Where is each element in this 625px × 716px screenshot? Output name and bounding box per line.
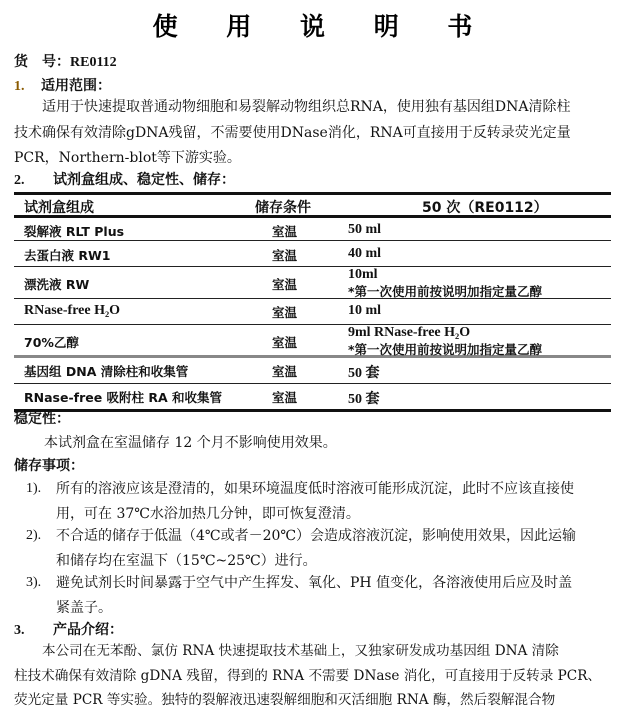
list-line: 避免试剂长时间暴露于空气中产生挥发、氧化、PH 值变化，各溶液使用后应及时盖 [56,571,616,596]
section-2-number: 2. [14,173,25,188]
list-marker: 2). [26,524,41,549]
catalog-label: 货 号： [14,54,70,70]
paragraph-line: 技术确保有效清除gDNA残留，不需要使用DNase消化，RNA可直接用于反转录荧… [14,121,614,147]
document-page: 使 用 说 明 书 货 号：RE0112 1. 适用范围： 适用于快速提取普通动… [0,0,625,716]
component-cell: 基因组 DNA 清除柱和收集管 [24,362,188,380]
paragraph-line: 柱技术确保有效清除 gDNA 残留，得到的 RNA 不需要 DNase 消化，可… [14,664,614,689]
storage-cell: 室温 [272,333,297,351]
list-line: 和储存均在室温下（15℃~25℃）进行。 [56,549,616,574]
amount-cell: 50 套 [348,388,380,408]
amount-cell: 10ml [348,267,378,283]
section-3-paragraph: 本公司在无苯酚、氯仿 RNA 快速提取技术基础上，又独家研发成功基因组 DNA … [14,639,614,713]
component-cell: RNase-free 吸附柱 RA 和收集管 [24,388,222,406]
section-1-paragraph: 适用于快速提取普通动物细胞和易裂解动物组织总RNA，使用独有基因组DNA清除柱 … [14,95,614,172]
header-component: 试剂盒组成 [24,197,94,217]
storage-cell: 室温 [272,362,297,380]
section-3-number: 3. [14,623,25,638]
amount-cell: 40 ml [348,246,381,262]
section-3-title: 产品介绍： [53,622,123,638]
stability-text: 本试剂盒在室温储存 12 个月不影响使用效果。 [44,432,337,452]
storage-cell: 室温 [272,222,297,240]
amount-cell: 50 ml [348,222,381,238]
component-cell: 去蛋白液 RW1 [24,246,110,264]
section-1-number: 1. [14,79,25,94]
paragraph-line: 荧光定量 PCR 等实验。独特的裂解液迅速裂解细胞和灭活细胞 RNA 酶，然后裂… [14,688,614,713]
document-title: 使 用 说 明 书 [0,10,625,44]
component-cell: 70%乙醇 [24,333,79,351]
note-cell: *第一次使用前按说明加指定量乙醇 [348,282,542,300]
section-3-heading: 3. 产品介绍： [14,620,123,641]
storage-note-item: 1). 所有的溶液应该是澄清的，如果环境温度低时溶液可能形成沉淀，此时不应该直接… [26,477,616,526]
component-cell: 漂洗液 RW [24,275,89,293]
header-amount: 50 次（RE0112） [422,197,548,217]
storage-note-item: 2). 不合适的储存于低温（4℃或者－20℃）会造成溶液沉淀，影响使用效果，因此… [26,524,616,573]
amount-cell: 50 套 [348,362,380,382]
section-1-heading: 1. 适用范围： [14,76,111,97]
section-2-title: 试剂盒组成、稳定性、储存： [53,172,235,188]
paragraph-line: 本公司在无苯酚、氯仿 RNA 快速提取技术基础上，又独家研发成功基因组 DNA … [14,639,614,664]
table-row: RNase-free H₂O 室温 10 ml [14,299,611,325]
table-row: 基因组 DNA 清除柱和收集管 室温 50 套 [14,358,611,384]
component-cell: RNase-free H₂O [24,303,120,319]
table-row: 去蛋白液 RW1 室温 40 ml [14,241,611,267]
note-cell: *第一次使用前按说明加指定量乙醇 [348,340,542,358]
storage-cell: 室温 [272,388,297,406]
catalog-value: RE0112 [70,55,117,70]
list-line: 所有的溶液应该是澄清的，如果环境温度低时溶液可能形成沉淀，此时不应该直接使 [56,477,616,502]
storage-cell: 室温 [272,275,297,293]
header-storage: 储存条件 [255,197,311,217]
table-row: 70%乙醇 室温 9ml RNase-free H₂O *第一次使用前按说明加指… [14,325,611,358]
list-line: 紧盖子。 [56,596,616,621]
paragraph-line: 适用于快速提取普通动物细胞和易裂解动物组织总RNA，使用独有基因组DNA清除柱 [14,95,614,121]
table-row: RNase-free 吸附柱 RA 和收集管 室温 50 套 [14,384,611,412]
list-marker: 1). [26,477,41,502]
table-row: 漂洗液 RW 室温 10ml *第一次使用前按说明加指定量乙醇 [14,267,611,299]
list-line: 用，可在 37℃水浴加热几分钟，即可恢复澄清。 [56,502,616,527]
list-line: 不合适的储存于低温（4℃或者－20℃）会造成溶液沉淀，影响使用效果，因此运输 [56,524,616,549]
storage-note-item: 3). 避免试剂长时间暴露于空气中产生挥发、氧化、PH 值变化，各溶液使用后应及… [26,571,616,620]
paragraph-line: PCR，Northern-blot等下游实验。 [14,146,614,172]
amount-cell: 10 ml [348,303,381,319]
list-marker: 3). [26,571,41,596]
catalog-number: 货 号：RE0112 [14,52,117,73]
kit-components-table: 试剂盒组成 储存条件 50 次（RE0112） 裂解液 RLT Plus 室温 … [14,192,611,412]
storage-notes-heading: 储存事项： [14,456,84,476]
storage-cell: 室温 [272,303,297,321]
section-1-title: 适用范围： [41,78,111,94]
section-2-heading: 2. 试剂盒组成、稳定性、储存： [14,170,235,191]
stability-heading: 稳定性： [14,409,70,429]
storage-cell: 室温 [272,246,297,264]
table-header-row: 试剂盒组成 储存条件 50 次（RE0112） [14,195,611,218]
amount-cell: 9ml RNase-free H₂O [348,325,470,341]
table-row: 裂解液 RLT Plus 室温 50 ml [14,218,611,241]
component-cell: 裂解液 RLT Plus [24,222,124,240]
